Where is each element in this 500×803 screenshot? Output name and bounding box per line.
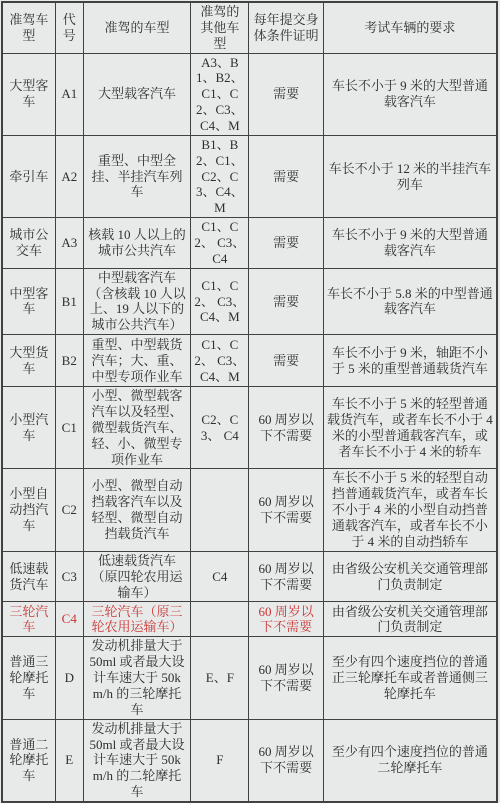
code-cell: D [55, 637, 83, 719]
vehicle-type-cell: 城市公交车 [2, 218, 55, 269]
table-row: 大型客车A1大型载客汽车A3、B1、B2、C1、C2、C3、C4、M需要车长不小… [2, 53, 497, 135]
table-row: 中型客车B1中型载客汽车（含核载 10 人以上、19 人以下的城市公共汽车）C1… [2, 268, 497, 334]
column-header: 准驾的其他车型 [191, 2, 249, 53]
test-vehicle-requirement-cell: 车长不小于 9 米的大型普通载客汽车 [323, 53, 497, 135]
test-vehicle-requirement-cell: 车长不小于 9 米的大型普通载客汽车 [323, 218, 497, 269]
other-permitted-types-cell: C4 [191, 551, 249, 602]
physical-proof-cell: 60 周岁以下不需要 [249, 551, 323, 602]
code-cell: C1 [55, 387, 83, 469]
test-vehicle-requirement-cell: 至少有四个速度挡位的普通正三轮摩托车或者普通侧三轮摩托车 [323, 637, 497, 719]
physical-proof-cell: 需要 [249, 218, 323, 269]
table-row: 小型汽车C1小型、微型载客汽车以及轻型、微型载货汽车、轻、小、微型专项作业车C2… [2, 387, 497, 469]
column-header: 准驾车型 [2, 2, 55, 53]
permitted-vehicles-cell: 重型、中型全挂、半挂汽车列车 [83, 135, 190, 217]
table-row: 普通二轮摩托车E发动机排量大于 50ml 或者最大设计车速大于 50km/h 的… [2, 719, 497, 802]
code-cell: E [55, 719, 83, 802]
vehicle-type-cell: 普通二轮摩托车 [2, 719, 55, 802]
other-permitted-types-cell: C2、C3、 C4 [191, 387, 249, 469]
physical-proof-cell: 需要 [249, 335, 323, 387]
header-row: 准驾车型代号准驾的车型准驾的其他车型每年提交身体条件证明考试车辆的要求 [2, 2, 497, 53]
other-permitted-types-cell: B1、B2、C1、C2、C3、C4、M [191, 135, 249, 217]
other-permitted-types-cell: E、F [191, 637, 249, 719]
table-body: 大型客车A1大型载客汽车A3、B1、B2、C1、C2、C3、C4、M需要车长不小… [2, 53, 497, 802]
test-vehicle-requirement-cell: 车长不小于 12 米的半挂汽车列车 [323, 135, 497, 217]
vehicle-type-cell: 三轮汽车 [2, 602, 55, 637]
code-cell: B2 [55, 335, 83, 387]
physical-proof-cell: 需要 [249, 53, 323, 135]
table-row: 低速载货汽车C3低速载货汽车（原四轮农用运输车）C460 周岁以下不需要由省级公… [2, 551, 497, 602]
permitted-vehicles-cell: 大型载客汽车 [83, 53, 190, 135]
physical-proof-cell: 60 周岁以下不需要 [249, 387, 323, 469]
code-cell: A1 [55, 53, 83, 135]
table-row: 城市公交车A3核载 10 人以上的城市公共汽车C1、C2、 C3、C4需要车长不… [2, 218, 497, 269]
vehicle-type-cell: 小型汽车 [2, 387, 55, 469]
column-header: 准驾的车型 [83, 2, 190, 53]
table-row: 大型货车B2重型、中型载货汽车；大、重、中型专项作业车C1、C2、 C3、C4、… [2, 335, 497, 387]
permitted-vehicles-cell: 低速载货汽车（原四轮农用运输车） [83, 551, 190, 602]
other-permitted-types-cell: F [191, 719, 249, 802]
table-row: 三轮汽车C4三轮汽车（原三轮农用运输车）60 周岁以下不需要由省级公安机关交通管… [2, 602, 497, 637]
code-cell: C2 [55, 469, 83, 551]
code-cell: A3 [55, 218, 83, 269]
vehicle-type-cell: 低速载货汽车 [2, 551, 55, 602]
table-row: 牵引车A2重型、中型全挂、半挂汽车列车B1、B2、C1、C2、C3、C4、M需要… [2, 135, 497, 217]
vehicle-type-cell: 中型客车 [2, 268, 55, 334]
physical-proof-cell: 60 周岁以下不需要 [249, 469, 323, 551]
permitted-vehicles-cell: 重型、中型载货汽车；大、重、中型专项作业车 [83, 335, 190, 387]
column-header: 每年提交身体条件证明 [249, 2, 323, 53]
code-cell: B1 [55, 268, 83, 334]
code-cell: A2 [55, 135, 83, 217]
vehicle-type-cell: 小型自动挡汽车 [2, 469, 55, 551]
permitted-vehicles-cell: 小型、微型自动挡载客汽车以及轻型、微型自动挡载货汽车 [83, 469, 190, 551]
permitted-vehicles-cell: 三轮汽车（原三轮农用运输车） [83, 602, 190, 637]
vehicle-type-cell: 大型货车 [2, 335, 55, 387]
code-cell: C4 [55, 602, 83, 637]
other-permitted-types-cell: A3、B1、B2、C1、C2、C3、C4、M [191, 53, 249, 135]
permitted-vehicles-cell: 小型、微型载客汽车以及轻型、微型载货汽车、轻、小、微型专项作业车 [83, 387, 190, 469]
test-vehicle-requirement-cell: 至少有四个速度挡位的普通二轮摩托车 [323, 719, 497, 802]
code-cell: C3 [55, 551, 83, 602]
other-permitted-types-cell: C1、C2、 C3、C4 [191, 218, 249, 269]
physical-proof-cell: 60 周岁以下不需要 [249, 637, 323, 719]
column-header: 考试车辆的要求 [323, 2, 497, 53]
column-header: 代号 [55, 2, 83, 53]
vehicle-type-cell: 牵引车 [2, 135, 55, 217]
other-permitted-types-cell [191, 602, 249, 637]
table-row: 普通三轮摩托车D发动机排量大于 50ml 或者最大设计车速大于 50km/h 的… [2, 637, 497, 719]
test-vehicle-requirement-cell: 车长不小于 5 米的轻型自动挡普通载货汽车，或者车长不小于 4 米的小型自动挡普… [323, 469, 497, 551]
test-vehicle-requirement-cell: 由省级公安机关交通管理部门负责制定 [323, 602, 497, 637]
physical-proof-cell: 60 周岁以下不需要 [249, 719, 323, 802]
test-vehicle-requirement-cell: 车长不小于 9 米，轴距不小于 5 米的重型普通载货汽车 [323, 335, 497, 387]
other-permitted-types-cell: C1、C2、 C3、C4、M [191, 268, 249, 334]
table-row: 小型自动挡汽车C2小型、微型自动挡载客汽车以及轻型、微型自动挡载货汽车60 周岁… [2, 469, 497, 551]
physical-proof-cell: 需要 [249, 135, 323, 217]
physical-proof-cell: 60 周岁以下不需要 [249, 602, 323, 637]
test-vehicle-requirement-cell: 车长不小于 5 米的轻型普通载货汽车，或者车长不小于 4 米的小型普通载客汽车，… [323, 387, 497, 469]
permitted-vehicles-cell: 发动机排量大于 50ml 或者最大设计车速大于 50km/h 的二轮摩托车 [83, 719, 190, 802]
license-categories-table: 准驾车型代号准驾的车型准驾的其他车型每年提交身体条件证明考试车辆的要求 大型客车… [1, 1, 498, 803]
permitted-vehicles-cell: 中型载客汽车（含核载 10 人以上、19 人以下的城市公共汽车） [83, 268, 190, 334]
test-vehicle-requirement-cell: 车长不小于 5.8 米的中型普通载客汽车 [323, 268, 497, 334]
permitted-vehicles-cell: 发动机排量大于 50ml 或者最大设计车速大于 50km/h 的三轮摩托车 [83, 637, 190, 719]
test-vehicle-requirement-cell: 由省级公安机关交通管理部门负责制定 [323, 551, 497, 602]
vehicle-type-cell: 普通三轮摩托车 [2, 637, 55, 719]
other-permitted-types-cell: C1、C2、 C3、C4、M [191, 335, 249, 387]
physical-proof-cell: 需要 [249, 268, 323, 334]
other-permitted-types-cell [191, 469, 249, 551]
permitted-vehicles-cell: 核载 10 人以上的城市公共汽车 [83, 218, 190, 269]
page: 准驾车型代号准驾的车型准驾的其他车型每年提交身体条件证明考试车辆的要求 大型客车… [0, 0, 500, 647]
vehicle-type-cell: 大型客车 [2, 53, 55, 135]
